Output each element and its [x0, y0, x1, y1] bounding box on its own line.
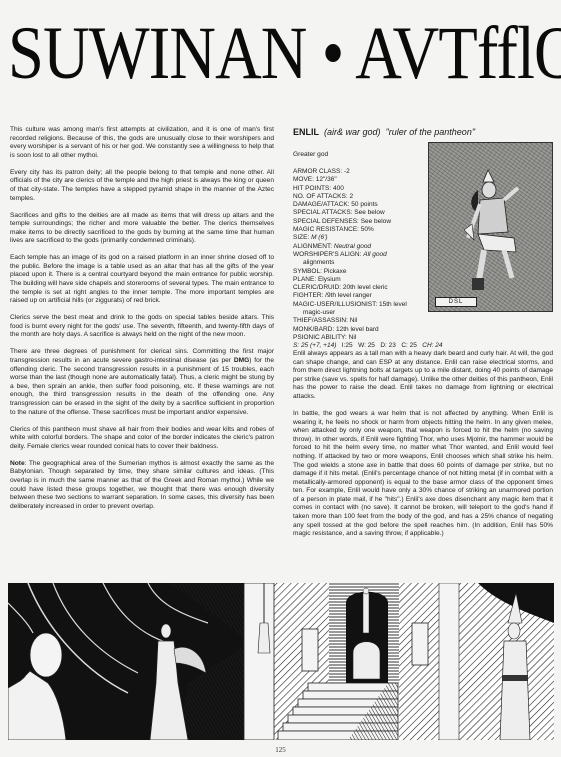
holy-days-paragraph: Clerics serve the best meat and drink to…: [10, 314, 274, 340]
warrior-figure-icon: [464, 168, 519, 293]
deity-domain: (air& war god): [324, 127, 381, 137]
deity-rank: Greater god: [293, 151, 328, 158]
stat-monk-bard: MONK/BARD: 12th level bard: [293, 326, 453, 334]
stat-thief: THIEF/ASSASSIN: Nil: [293, 317, 453, 325]
book-page: SUWINAN • AVTfflOS This culture was amon…: [0, 0, 561, 757]
deity-heading: ENLIL (air& war god) "ruler of the panth…: [293, 127, 475, 138]
description-paragraph-1: Enlil always appears as a tall man with …: [293, 350, 553, 402]
patron-deity-paragraph: Every city has its patron deity; all the…: [10, 169, 274, 203]
deity-description: Enlil always appears as a tall man with …: [293, 350, 553, 547]
enlil-portrait-illustration: DSL: [428, 142, 553, 312]
note-label: Note: [10, 460, 25, 467]
artist-signature: DSL: [435, 297, 477, 307]
temple-paragraph: Each temple has an image of its god on a…: [10, 254, 274, 306]
page-number: 125: [0, 746, 561, 754]
sacrifices-paragraph: Sacrifices and gifts to the deities are …: [10, 212, 274, 246]
page-title: SUWINAN • AVTfflOS: [8, 14, 479, 94]
temple-scene-icon: [8, 583, 554, 740]
temple-scene-illustration: [8, 583, 554, 740]
punishment-paragraph: There are three degrees of punishment fo…: [10, 348, 274, 417]
deity-name: ENLIL: [293, 127, 319, 137]
left-column: This culture was among man's first attem…: [10, 126, 274, 520]
clerics-paragraph: Clerics of this pantheon must shave all …: [10, 426, 274, 452]
description-paragraph-2: In battle, the god wears a war helm that…: [293, 410, 553, 539]
note-paragraph: Note: The geographical area of the Sumer…: [10, 460, 274, 512]
stat-psionic: PSIONIC ABILITY: Nil: [293, 334, 453, 342]
intro-paragraph: This culture was among man's first attem…: [10, 126, 274, 160]
dmg-reference: DMG: [234, 357, 249, 364]
deity-epithet: "ruler of the pantheon": [386, 127, 475, 137]
